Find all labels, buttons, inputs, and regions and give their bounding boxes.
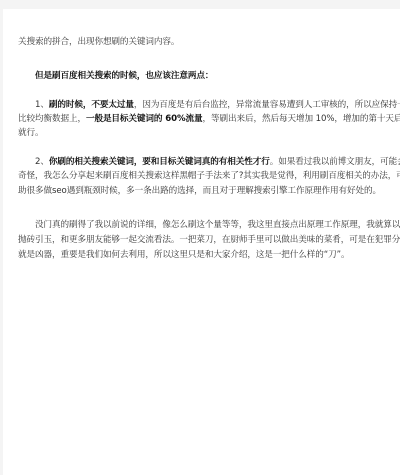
point-1-number: 1、: [35, 100, 49, 110]
paragraph-intro-line: 关搜索的拼合，出现你想刷的关键词内容。: [18, 37, 179, 47]
closing-line-1: 没门真的刷得了我以前说的详细，像怎么刷这个量等等，我这里直接点出原理工作原理，我…: [35, 220, 400, 230]
point-1-text: ，因为百度是有后台监控，异常流量容易遭到人工审核的，所以应保持一个: [134, 100, 400, 110]
point-1-line-2-pre: 比较均衡数据上，: [18, 114, 86, 124]
point-1-line-2-bold: 一般是目标关键词的 60%流量: [86, 114, 203, 124]
point-2-line-1: 2、你刷的相关搜索关键词，要和目标关键词真的有相关性才行。如果看过我以前博文朋友…: [35, 157, 400, 167]
point-1-line-2: 比较均衡数据上，一般是目标关键词的 60%流量，等刷出来后，然后每天增加 10%…: [18, 114, 400, 124]
point-2-number: 2、: [35, 157, 49, 167]
closing-line-3: 就是凶器，重要是我们如何去利用，所以这里只是和大家介绍，这是一把什么样的“刀”。: [18, 250, 349, 260]
point-1-line-1: 1、刷的时候，不要太过量，因为百度是有后台监控，异常流量容易遭到人工审核的，所以…: [35, 100, 400, 110]
section-heading: 但是刷百度相关搜索的时候，也应该注意两点：: [35, 71, 213, 81]
closing-line-2: 抛砖引玉，和更多朋友能够一起交流看法。一把菜刀，在厨师手里可以做出美味的菜肴，可…: [18, 235, 400, 245]
point-1-line-3: 就行。: [18, 128, 43, 138]
point-2-line-2: 奇怪，我怎么分享起来刷百度相关搜索这样黑帽子手法来了?其实我是觉得，利用刷百度相…: [18, 171, 400, 181]
point-1-bold: 刷的时候，不要太过量: [49, 100, 134, 110]
point-1-line-2-rest: ，等刷出来后，然后每天增加 10%，增加的第十天后保持住: [203, 114, 400, 124]
point-2-line-3: 助很多做seo遇到瓶颈时候，多一条出路的选择，而且对于理解搜索引擎工作原理作用有…: [18, 186, 381, 196]
document-page: 关搜索的拼合，出现你想刷的关键词内容。 但是刷百度相关搜索的时候，也应该注意两点…: [3, 9, 400, 475]
point-2-bold: 你刷的相关搜索关键词，要和目标关键词真的有相关性才行: [49, 157, 270, 167]
point-2-text: 。如果看过我以前博文朋友，可能会觉得: [270, 157, 400, 167]
